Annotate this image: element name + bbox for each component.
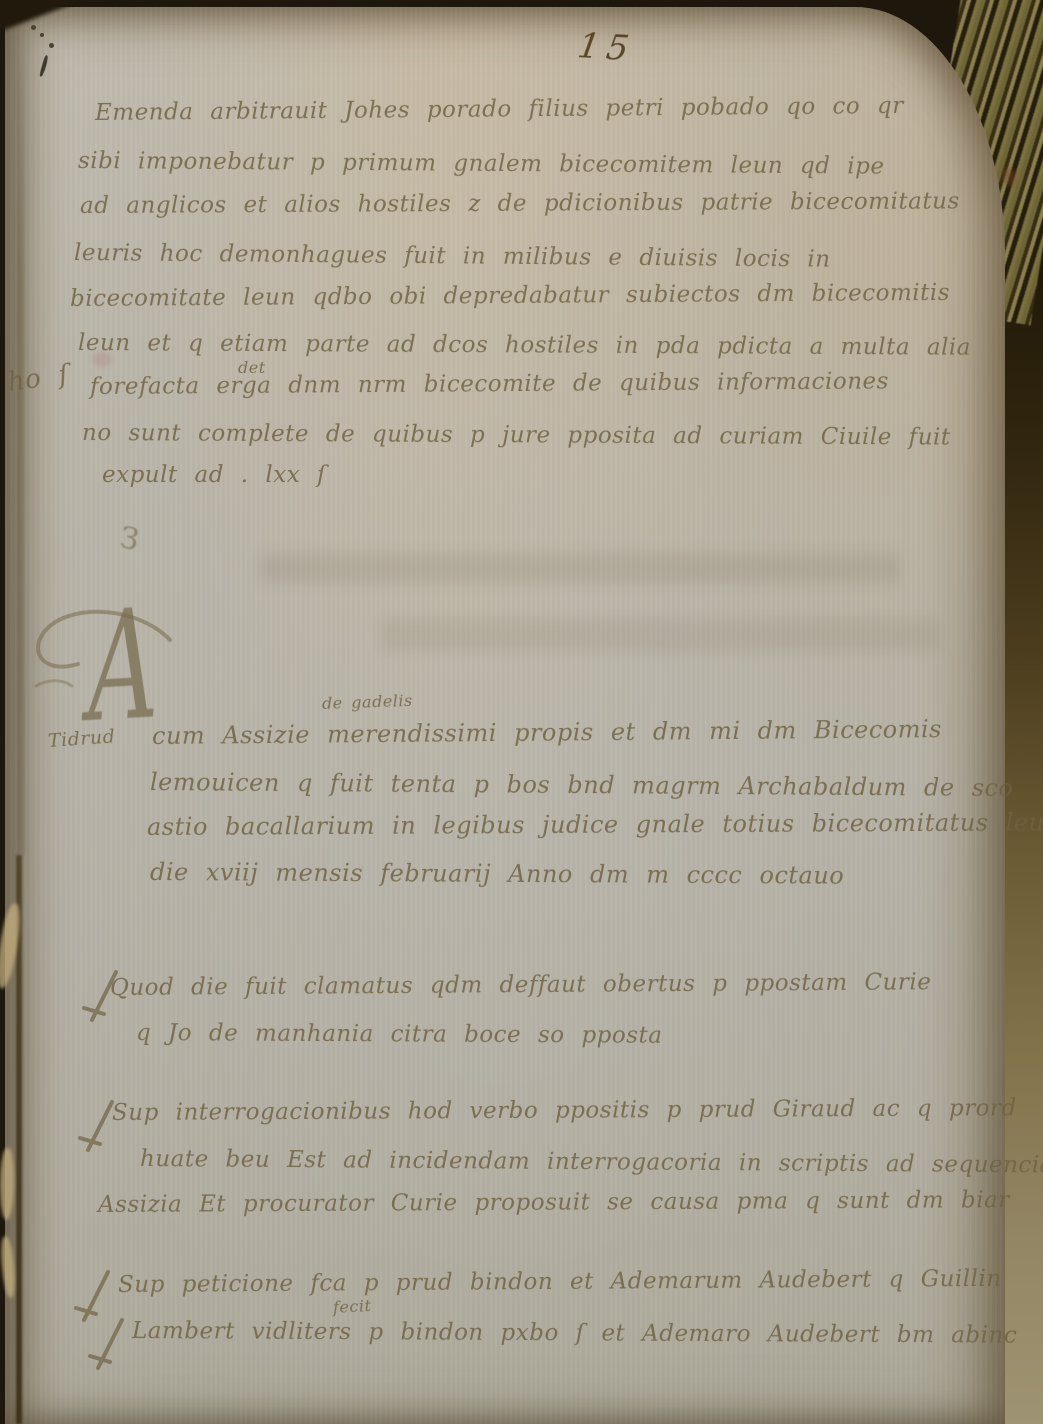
text-line: huate beu Est ad incidendam interrogacor…	[140, 1146, 1043, 1178]
folio-number: 15	[575, 27, 638, 70]
section-mark: Ɛ	[117, 520, 143, 558]
text-line: Lambert vidliters p bindon pxbo ſ et Ade…	[132, 1318, 1017, 1349]
text-line: Quod die fuit clamatus qdm deffaut obert…	[110, 969, 932, 1001]
text-line: Sup peticione fca p prud bindon et Adema…	[118, 1266, 1002, 1298]
text-line: lemouicen q fuit tenta p bos bnd magrm A…	[150, 768, 1014, 802]
text-line: Emenda arbitrauit Johes porado filius pe…	[95, 93, 904, 126]
text-line: cum Assizie merendissimi propis et dm mi…	[152, 715, 942, 750]
text-line: leuris hoc demonhagues fuit in milibus e…	[74, 240, 831, 273]
text-line: expult ad . lxx ſ	[102, 462, 326, 488]
margin-tick	[78, 1098, 118, 1162]
text-line: q Jo de manhania citra boce so pposta	[136, 1020, 663, 1049]
ink-dot	[31, 25, 36, 30]
text-line: leun et q etiam parte ad dcos hostiles i…	[78, 330, 971, 361]
text-line: ad anglicos et alios hostiles z de pdici…	[80, 188, 960, 219]
text-line: Sup interrogacionibus hod verbo ppositis…	[112, 1095, 1017, 1126]
initial-flourish	[20, 598, 190, 708]
interlinear-note: fecit	[333, 1296, 372, 1317]
ink-dot	[49, 43, 54, 48]
text-line: sibi imponebatur p primum gnalem bicecom…	[78, 148, 885, 180]
text-line: no sunt complete de quibus p jure pposit…	[82, 420, 951, 451]
margin-note: ho ſ	[6, 360, 71, 398]
ink-comma-mark	[39, 55, 49, 77]
text-line: bicecomitate leun qdbo obi depredabatur …	[70, 280, 950, 312]
ink-dot	[40, 33, 44, 37]
margin-tick	[88, 1316, 128, 1380]
interlinear-note: det	[238, 358, 266, 377]
interlinear-note: de gadelis	[322, 691, 413, 713]
text-line: die xviij mensis februarij Anno dm m ccc…	[150, 858, 844, 890]
text-line: astio bacallarium in legibus judice gnal…	[147, 808, 1043, 841]
ink-layer: 15 Emenda arbitrauit Johes porado filius…	[0, 0, 1043, 1424]
margin-tick	[82, 968, 122, 1032]
text-line: forefacta erga dnm nrm bicecomite de qui…	[90, 368, 889, 400]
text-line: Assizia Et procurator Curie proposuit se…	[98, 1187, 1010, 1218]
